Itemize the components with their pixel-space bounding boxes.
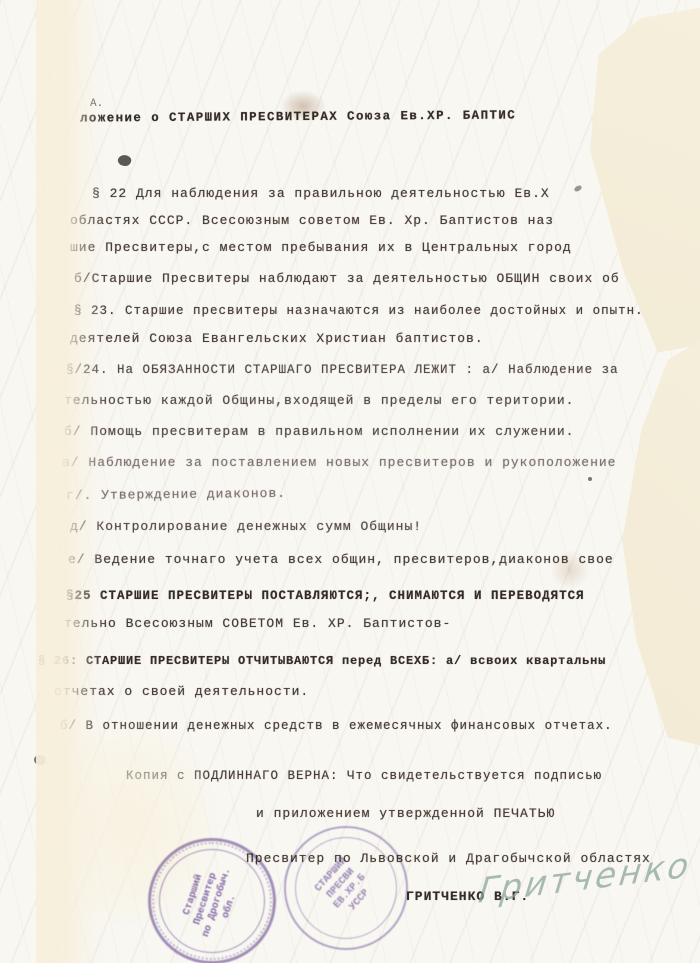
typed-line: Копия с ПОДЛИННАГО ВЕРНА: Что свидетельс…: [126, 769, 602, 783]
typed-line: г/. Утверждение диаконов.: [66, 486, 286, 503]
typed-line: Пресвитер по Львовской и Драгобычской об…: [246, 851, 651, 866]
typed-line: §/24. На ОБЯЗАННОСТИ СТАРШАГО ПРЕСВИТЕРА…: [66, 363, 619, 377]
typed-line: тельно Всесоюзным СОВЕТОМ Ев. ХР. Баптис…: [64, 616, 451, 631]
typed-line: §25 СТАРШИЕ ПРЕСВИТЕРЫ ПОСТАВЛЯЮТСЯ;, СН…: [66, 589, 585, 603]
ink-speck: [588, 477, 592, 481]
typed-line: шие Пресвитеры,с местом пребывания их в …: [70, 240, 572, 255]
ink-speck: [34, 755, 45, 765]
typed-line: § 23. Старшие пресвитеры назначаются из …: [74, 304, 644, 318]
typed-line: и приложением утвержденной ПЕЧАТЬЮ: [256, 806, 555, 821]
scanned-document-page: { "page": { "background": "#f8f7f2", "pa…: [0, 0, 700, 963]
typed-line: е/ Ведение точнаго учета всех общин, пре…: [68, 552, 614, 567]
corner-mark: А.: [90, 98, 103, 110]
typed-line: д/ Контролирование денежных сумм Общины!: [70, 519, 422, 534]
typed-line: б/Старшие Пресвитеры наблюдают за деятел…: [74, 271, 620, 286]
typed-line: б/ Помощь пресвитерам в правильном испол…: [64, 424, 574, 439]
typed-line: тельностью каждой Общины,входящей в пред…: [64, 393, 574, 408]
typed-line: отчетах о своей деятельности.: [54, 684, 309, 699]
typed-line: § 22 Для наблюдения за правильною деятел…: [92, 186, 550, 201]
typed-line: в/ Наблюдение за поставлением новых прес…: [62, 455, 616, 470]
typed-line: деятелей Союза Евангельских Христиан бап…: [70, 331, 484, 346]
typed-line: областях СССР. Всесоюзным советом Ев. Хр…: [70, 213, 554, 228]
typed-line: б/ В отношении денежных средств в ежемес…: [60, 719, 613, 733]
typed-line: § 26: СТАРШИЕ ПРЕСВИТЕРЫ ОТЧИТЫВАЮТСЯ пе…: [38, 654, 606, 668]
typed-line: ГРИТЧЕНКО В.Г.: [406, 889, 529, 904]
